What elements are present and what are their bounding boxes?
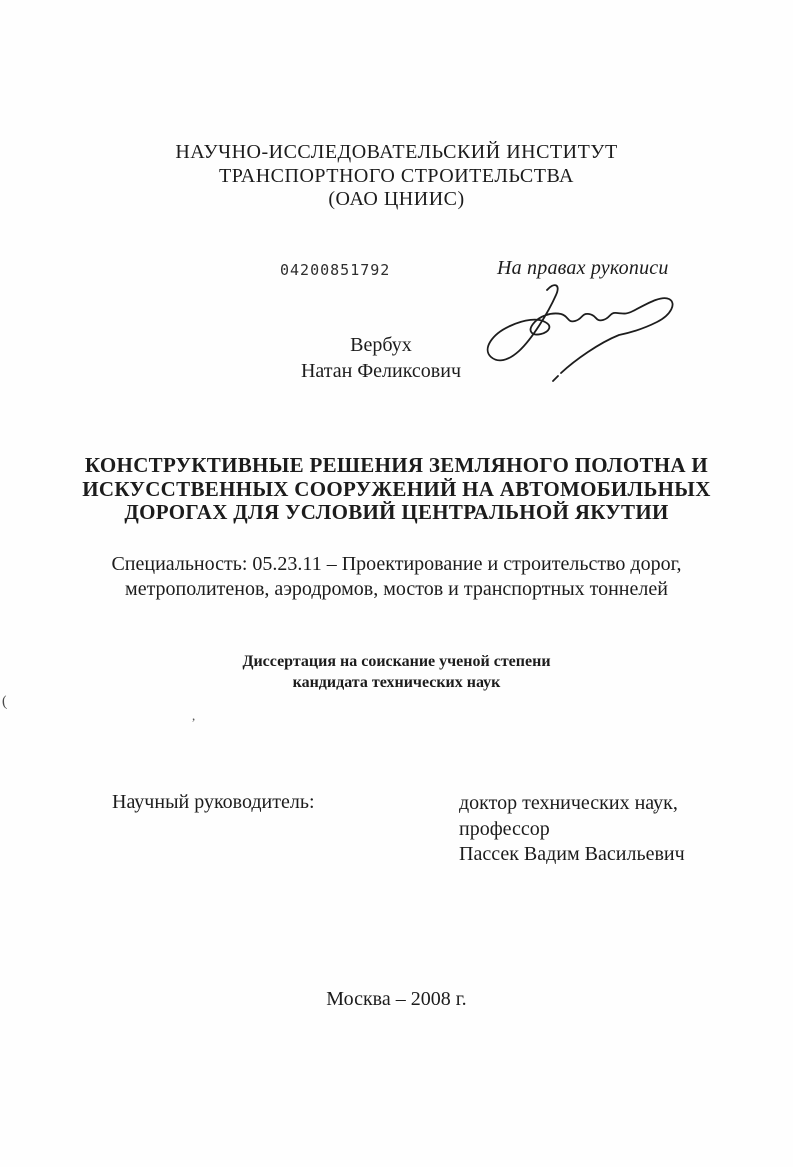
degree-line-1: Диссертация на соискание ученой степени xyxy=(0,652,793,673)
scan-artifact-comma: , xyxy=(192,708,195,724)
institute-line-3: (ОАО ЦНИИС) xyxy=(0,188,793,212)
institute-header: НАУЧНО-ИССЛЕДОВАТЕЛЬСКИЙ ИНСТИТУТ ТРАНСП… xyxy=(0,141,793,212)
supervisor-label: Научный руководитель: xyxy=(112,791,315,814)
specialty-statement: Специальность: 05.23.11 – Проектирование… xyxy=(0,552,793,602)
degree-statement: Диссертация на соискание ученой степени … xyxy=(0,652,793,693)
institute-line-1: НАУЧНО-ИССЛЕДОВАТЕЛЬСКИЙ ИНСТИТУТ xyxy=(0,141,793,165)
scan-artifact-paren: ( xyxy=(1,694,7,711)
scan-artifact-tick: ´ xyxy=(652,808,657,825)
author-name-patronymic: Натан Феликсович xyxy=(231,358,531,384)
specialty-line-1: Специальность: 05.23.11 – Проектирование… xyxy=(0,552,793,577)
supervisor-degree-line: доктор технических наук, xyxy=(459,791,739,817)
supervisor-rank-line: профессор xyxy=(459,817,739,843)
title-line-2: ИСКУССТВЕННЫХ СООРУЖЕНИЙ НА АВТОМОБИЛЬНЫ… xyxy=(0,478,793,502)
degree-line-2: кандидата технических наук xyxy=(0,673,793,694)
institute-line-2: ТРАНСПОРТНОГО СТРОИТЕЛЬСТВА xyxy=(0,165,793,189)
author-name-block: Вербух Натан Феликсович xyxy=(231,332,531,384)
supervisor-details: доктор технических наук, профессор Пассе… xyxy=(459,791,739,868)
specialty-line-2: метрополитенов, аэродромов, мостов и тра… xyxy=(0,577,793,602)
title-line-3: ДОРОГАХ ДЛЯ УСЛОВИЙ ЦЕНТРАЛЬНОЙ ЯКУТИИ xyxy=(0,501,793,525)
supervisor-name-line: Пассек Вадим Васильевич xyxy=(459,842,739,868)
dissertation-title-page: НАУЧНО-ИССЛЕДОВАТЕЛЬСКИЙ ИНСТИТУТ ТРАНСП… xyxy=(0,0,793,1167)
place-year: Москва – 2008 г. xyxy=(0,988,793,1011)
title-line-1: КОНСТРУКТИВНЫЕ РЕШЕНИЯ ЗЕМЛЯНОГО ПОЛОТНА… xyxy=(0,454,793,478)
author-surname: Вербух xyxy=(231,332,531,358)
dissertation-title: КОНСТРУКТИВНЫЕ РЕШЕНИЯ ЗЕМЛЯНОГО ПОЛОТНА… xyxy=(0,454,793,525)
manuscript-rights-note: На правах рукописи xyxy=(497,257,669,280)
registration-number: 04200851792 xyxy=(280,261,390,279)
